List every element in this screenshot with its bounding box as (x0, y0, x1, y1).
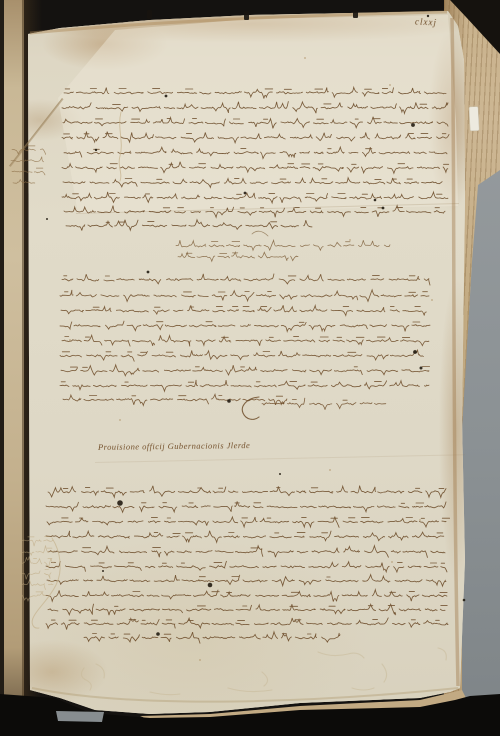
section-heading: Prouisione officij Gubernacionis Jlerde (98, 440, 250, 452)
binding-notch (147, 10, 152, 19)
folio-number: clxxj (415, 16, 437, 27)
facing-page-edge (4, 0, 24, 736)
manuscript-photo: clxxj Prouisione officij Gubernacionis J… (0, 0, 500, 736)
